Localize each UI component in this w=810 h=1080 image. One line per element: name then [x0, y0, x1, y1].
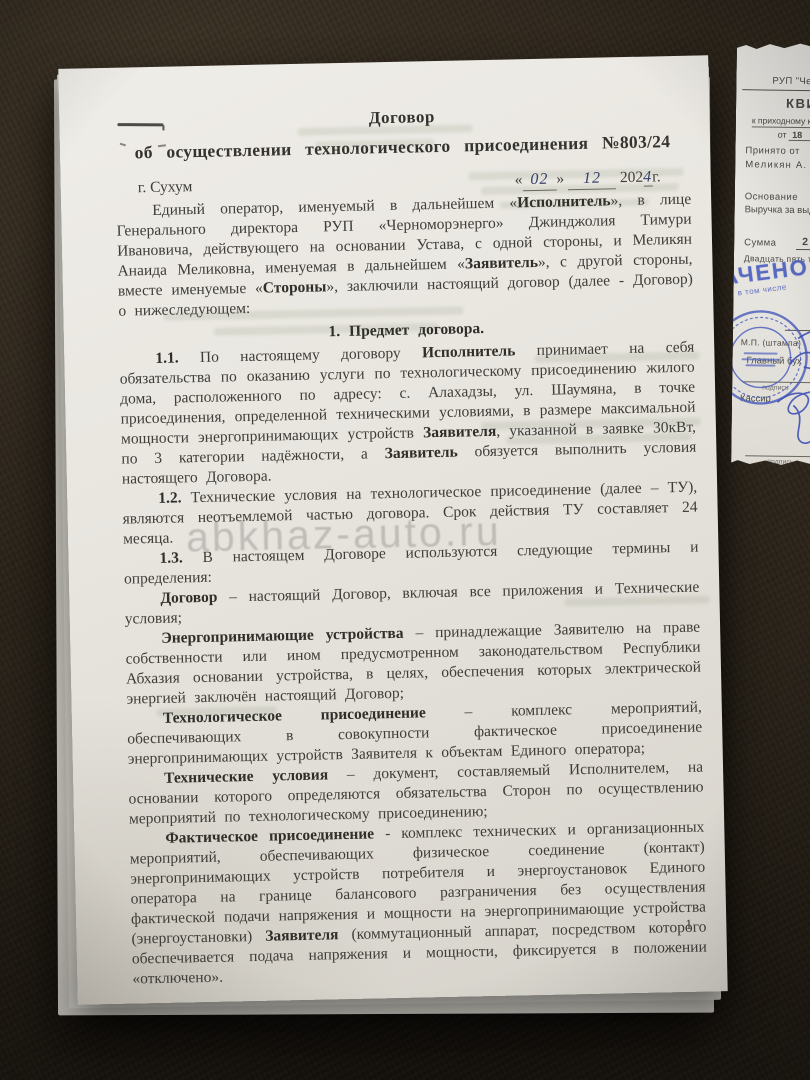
signature-line [745, 455, 810, 457]
receipt-sum-value: 2 [796, 236, 810, 251]
year-suffix: г. [652, 168, 661, 185]
receipt-subtitle: к приходному к [752, 115, 810, 128]
receipt-date-prefix: от [778, 130, 787, 140]
receipt-paper: РУП "Чер КВИ к приходному к от 18 Принят… [731, 41, 810, 467]
receipt-sum-label: Сумма [744, 237, 777, 248]
receipt-org-name: РУП "Чер [772, 76, 810, 88]
signature-caption: подпись [767, 459, 794, 466]
date-field: «02» 12 2024г. [515, 167, 661, 191]
year-printed: 202 [620, 169, 644, 186]
contract-body: Единый оператор, именуемый в дальнейшем … [116, 190, 707, 990]
handwritten-month: 12 [583, 170, 601, 187]
handwritten-day: 02 [530, 171, 548, 188]
receipt-basis-label: Основание [745, 191, 798, 203]
intro-paragraph: Единый оператор, именуемый в дальнейшем … [116, 190, 693, 322]
definition-energy-devices: Энергопринимающие устройства – принадлеж… [125, 618, 702, 710]
receipt-received-from-value: Меликян А. М. [745, 159, 810, 171]
city-label: г. Сухум [138, 177, 193, 198]
clause-1-1: 1.1. По настоящему договору Исполнитель … [119, 338, 697, 490]
page-number: 1 [685, 916, 692, 936]
receipt-date-value: 18 [789, 130, 810, 141]
contract-subtitle: об осуществлении технологического присое… [115, 131, 690, 163]
pen-mark [117, 123, 163, 126]
photo-scene: abkhaz-auto.ru Договор об осуществлении … [0, 0, 810, 1080]
contract-page: abkhaz-auto.ru Договор об осуществлении … [58, 55, 727, 1004]
round-stamp-icon [731, 307, 810, 408]
contract-title: Договор [114, 102, 689, 134]
receipt-date-line: от 18 [778, 130, 810, 140]
receipt-received-from-label: Принято от [745, 145, 800, 157]
receipt-basis-value: Выручка за выд. [745, 204, 810, 216]
quote-close: » [556, 170, 564, 187]
contract-content: Договор об осуществлении технологическог… [58, 55, 727, 1004]
receipt-title: КВИ [786, 96, 810, 111]
handwritten-year-digit: 4 [643, 168, 652, 186]
definition-actual-connection: Фактическое присоединение - комплекс тех… [129, 818, 707, 990]
receipt-divider [742, 89, 810, 92]
